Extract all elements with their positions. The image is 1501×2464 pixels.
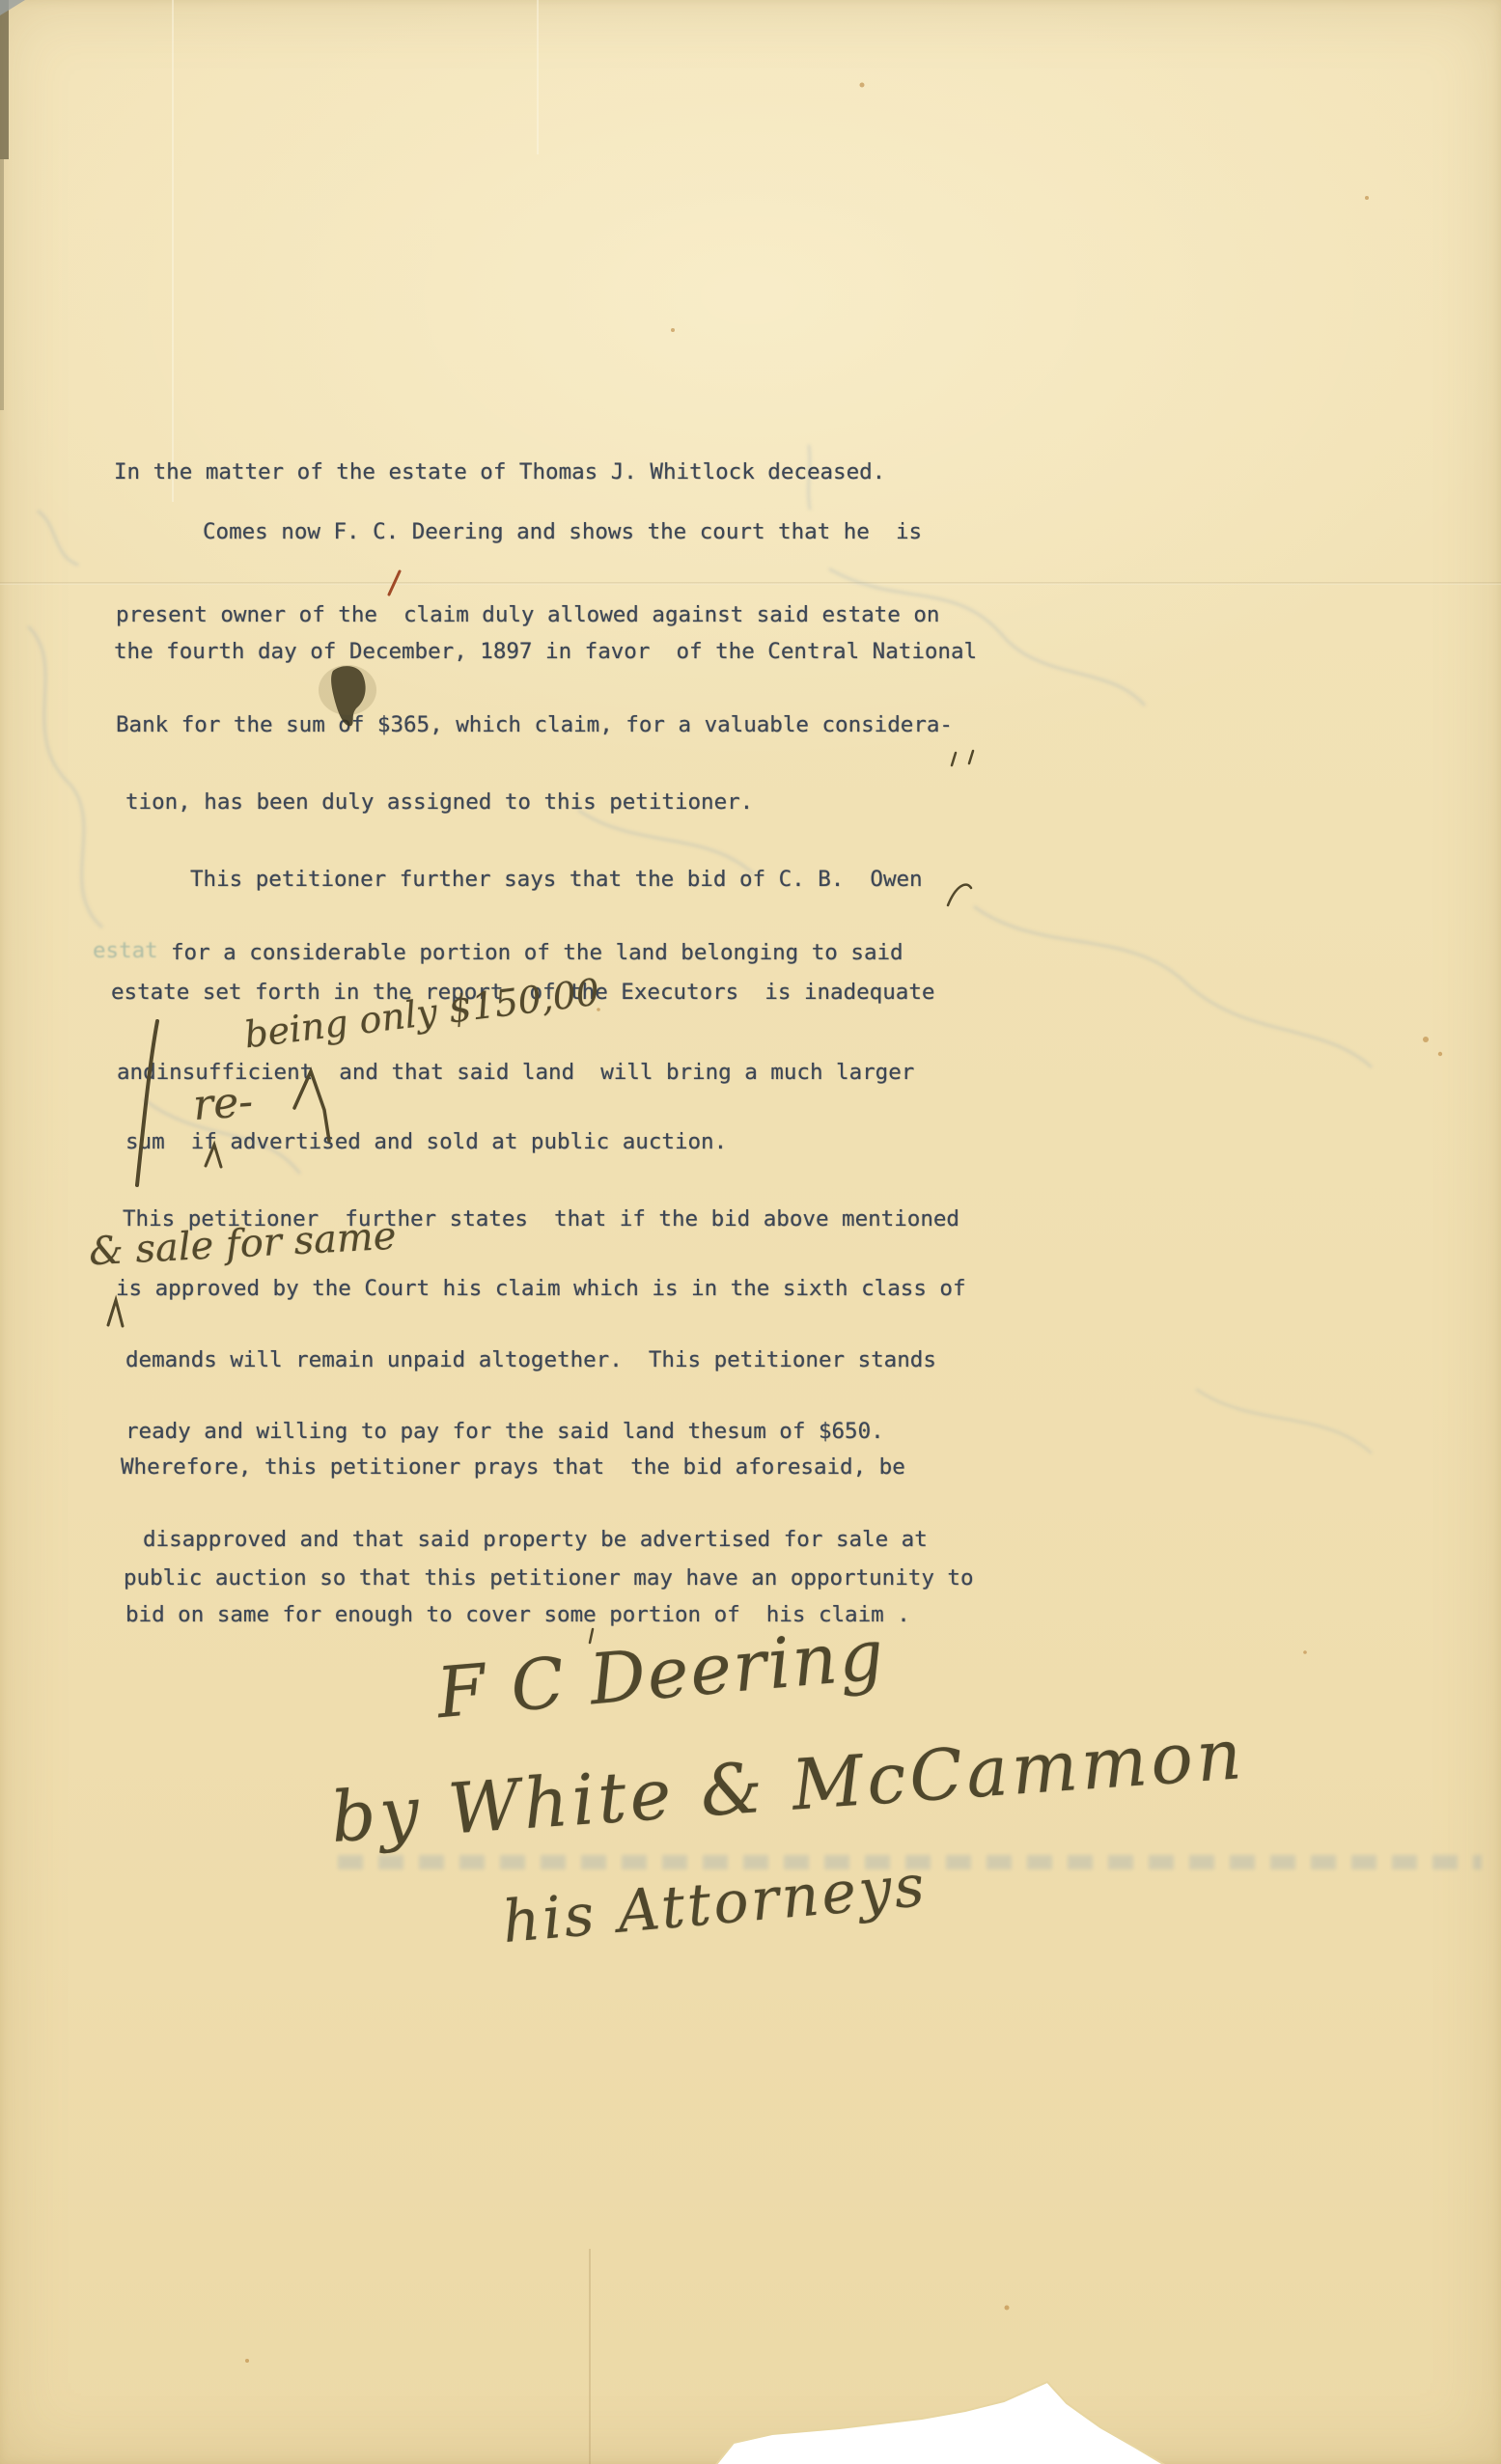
torn-notch-shape: [714, 2382, 1168, 2464]
document-page: In the matter of the estate of Thomas J.…: [0, 0, 1501, 2464]
torn-edge-notch: [0, 0, 1501, 2464]
